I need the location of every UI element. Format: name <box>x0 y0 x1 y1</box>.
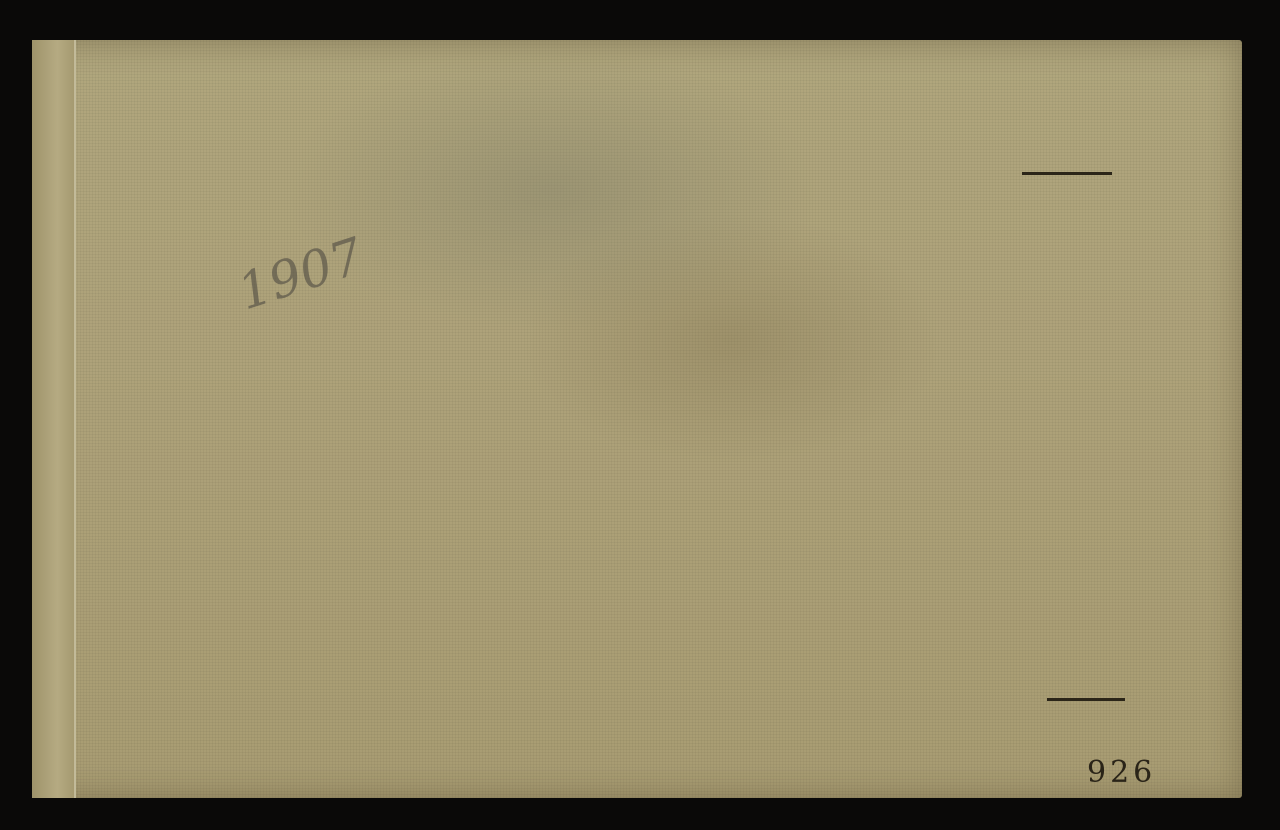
cover-slot-bottom <box>1047 698 1125 701</box>
book-spine <box>32 40 76 798</box>
handwritten-year: 1907 <box>231 227 370 321</box>
cover-slot-top <box>1022 172 1112 175</box>
catalog-number: 926 <box>1087 755 1156 790</box>
book-cover: 1907 926 <box>32 40 1242 798</box>
